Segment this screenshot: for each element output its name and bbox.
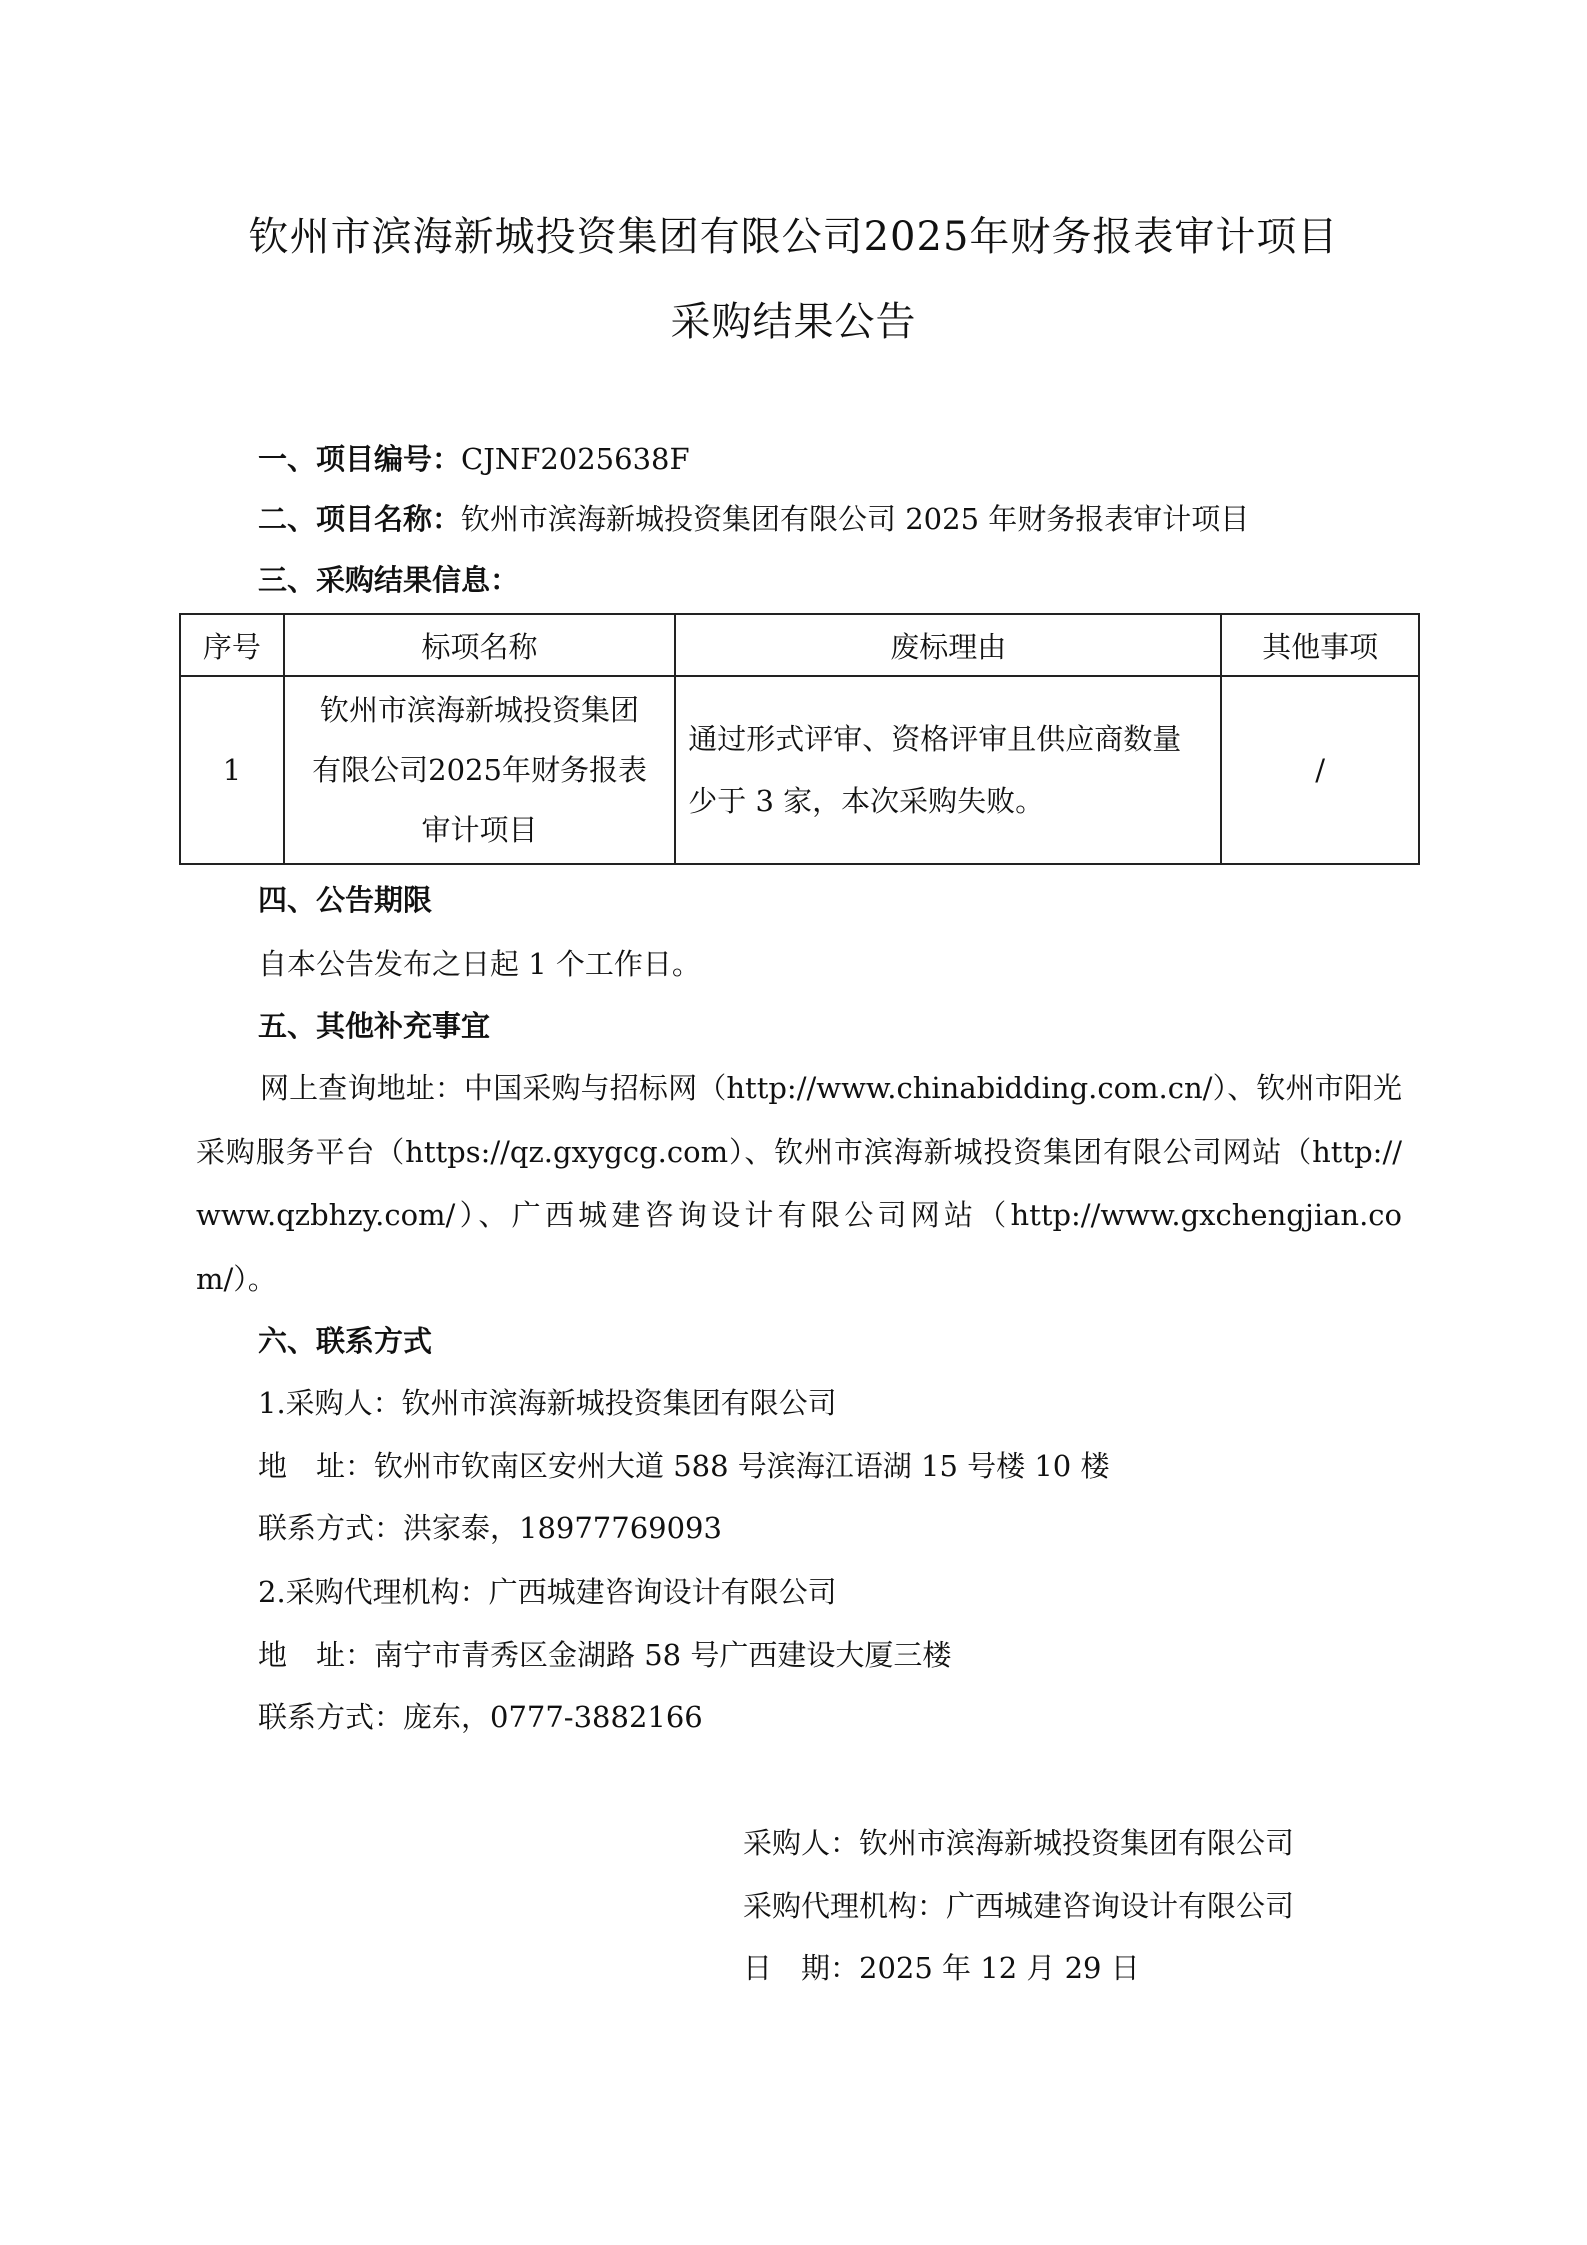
contact-purchaser-address: 地 址：钦州市钦南区安州大道 588 号滨海江语湖 15 号楼 10 楼 xyxy=(258,1448,1109,1484)
supplement-text: 网上查询地址：中国采购与招标网（http://www.chinabidding.… xyxy=(196,1057,1402,1311)
cell-reason: 通过形式评审、资格评审且供应商数量少于 3 家，本次采购失败。 xyxy=(675,676,1221,864)
signature-agency: 采购代理机构：广西城建咨询设计有限公司 xyxy=(743,1888,1294,1924)
contact-purchaser: 1.采购人：钦州市滨海新城投资集团有限公司 xyxy=(258,1385,837,1421)
header-other: 其他事项 xyxy=(1221,614,1419,676)
section-notice-period-heading: 四、公告期限 xyxy=(258,882,432,918)
doc-title-line1: 钦州市滨海新城投资集团有限公司2025年财务报表审计项目 xyxy=(0,205,1587,262)
project-number: CJNF2025638F xyxy=(461,442,690,476)
notice-period-text: 自本公告发布之日起 1 个工作日。 xyxy=(258,946,701,982)
section-label: 一、项目编号： xyxy=(258,442,461,476)
cell-name-line: 钦州市滨海新城投资集团 xyxy=(291,680,668,740)
header-name: 标项名称 xyxy=(284,614,675,676)
table-header-row: 序号 标项名称 废标理由 其他事项 xyxy=(180,614,1419,676)
contact-purchaser-phone: 联系方式：洪家泰，18977769093 xyxy=(258,1510,722,1546)
doc-title-line2: 采购结果公告 xyxy=(0,290,1587,347)
signature-date: 日 期：2025 年 12 月 29 日 xyxy=(743,1950,1140,1986)
signature-purchaser: 采购人：钦州市滨海新城投资集团有限公司 xyxy=(743,1825,1294,1861)
header-reason: 废标理由 xyxy=(675,614,1221,676)
section-contact-heading: 六、联系方式 xyxy=(258,1323,432,1359)
section-project-name: 二、项目名称：钦州市滨海新城投资集团有限公司 2025 年财务报表审计项目 xyxy=(258,501,1249,537)
cell-name: 钦州市滨海新城投资集团 有限公司2025年财务报表 审计项目 xyxy=(284,676,675,864)
project-name: 钦州市滨海新城投资集团有限公司 2025 年财务报表审计项目 xyxy=(461,502,1249,536)
section-project-number: 一、项目编号：CJNF2025638F xyxy=(258,441,690,477)
contact-agency-address: 地 址：南宁市青秀区金湖路 58 号广西建设大厦三楼 xyxy=(258,1637,951,1673)
contact-agency: 2.采购代理机构：广西城建咨询设计有限公司 xyxy=(258,1574,837,1610)
section-label: 二、项目名称： xyxy=(258,502,461,536)
cell-other: / xyxy=(1221,676,1419,864)
section-supplement-heading: 五、其他补充事宜 xyxy=(258,1008,490,1044)
header-no: 序号 xyxy=(180,614,284,676)
contact-agency-phone: 联系方式：庞东，0777-3882166 xyxy=(258,1699,703,1735)
cell-name-line: 审计项目 xyxy=(291,800,668,860)
table-row: 1 钦州市滨海新城投资集团 有限公司2025年财务报表 审计项目 通过形式评审、… xyxy=(180,676,1419,864)
result-table: 序号 标项名称 废标理由 其他事项 1 钦州市滨海新城投资集团 有限公司2025… xyxy=(179,613,1420,865)
cell-no: 1 xyxy=(180,676,284,864)
cell-name-line: 有限公司2025年财务报表 xyxy=(291,740,668,800)
section-result-heading: 三、采购结果信息： xyxy=(258,562,519,598)
